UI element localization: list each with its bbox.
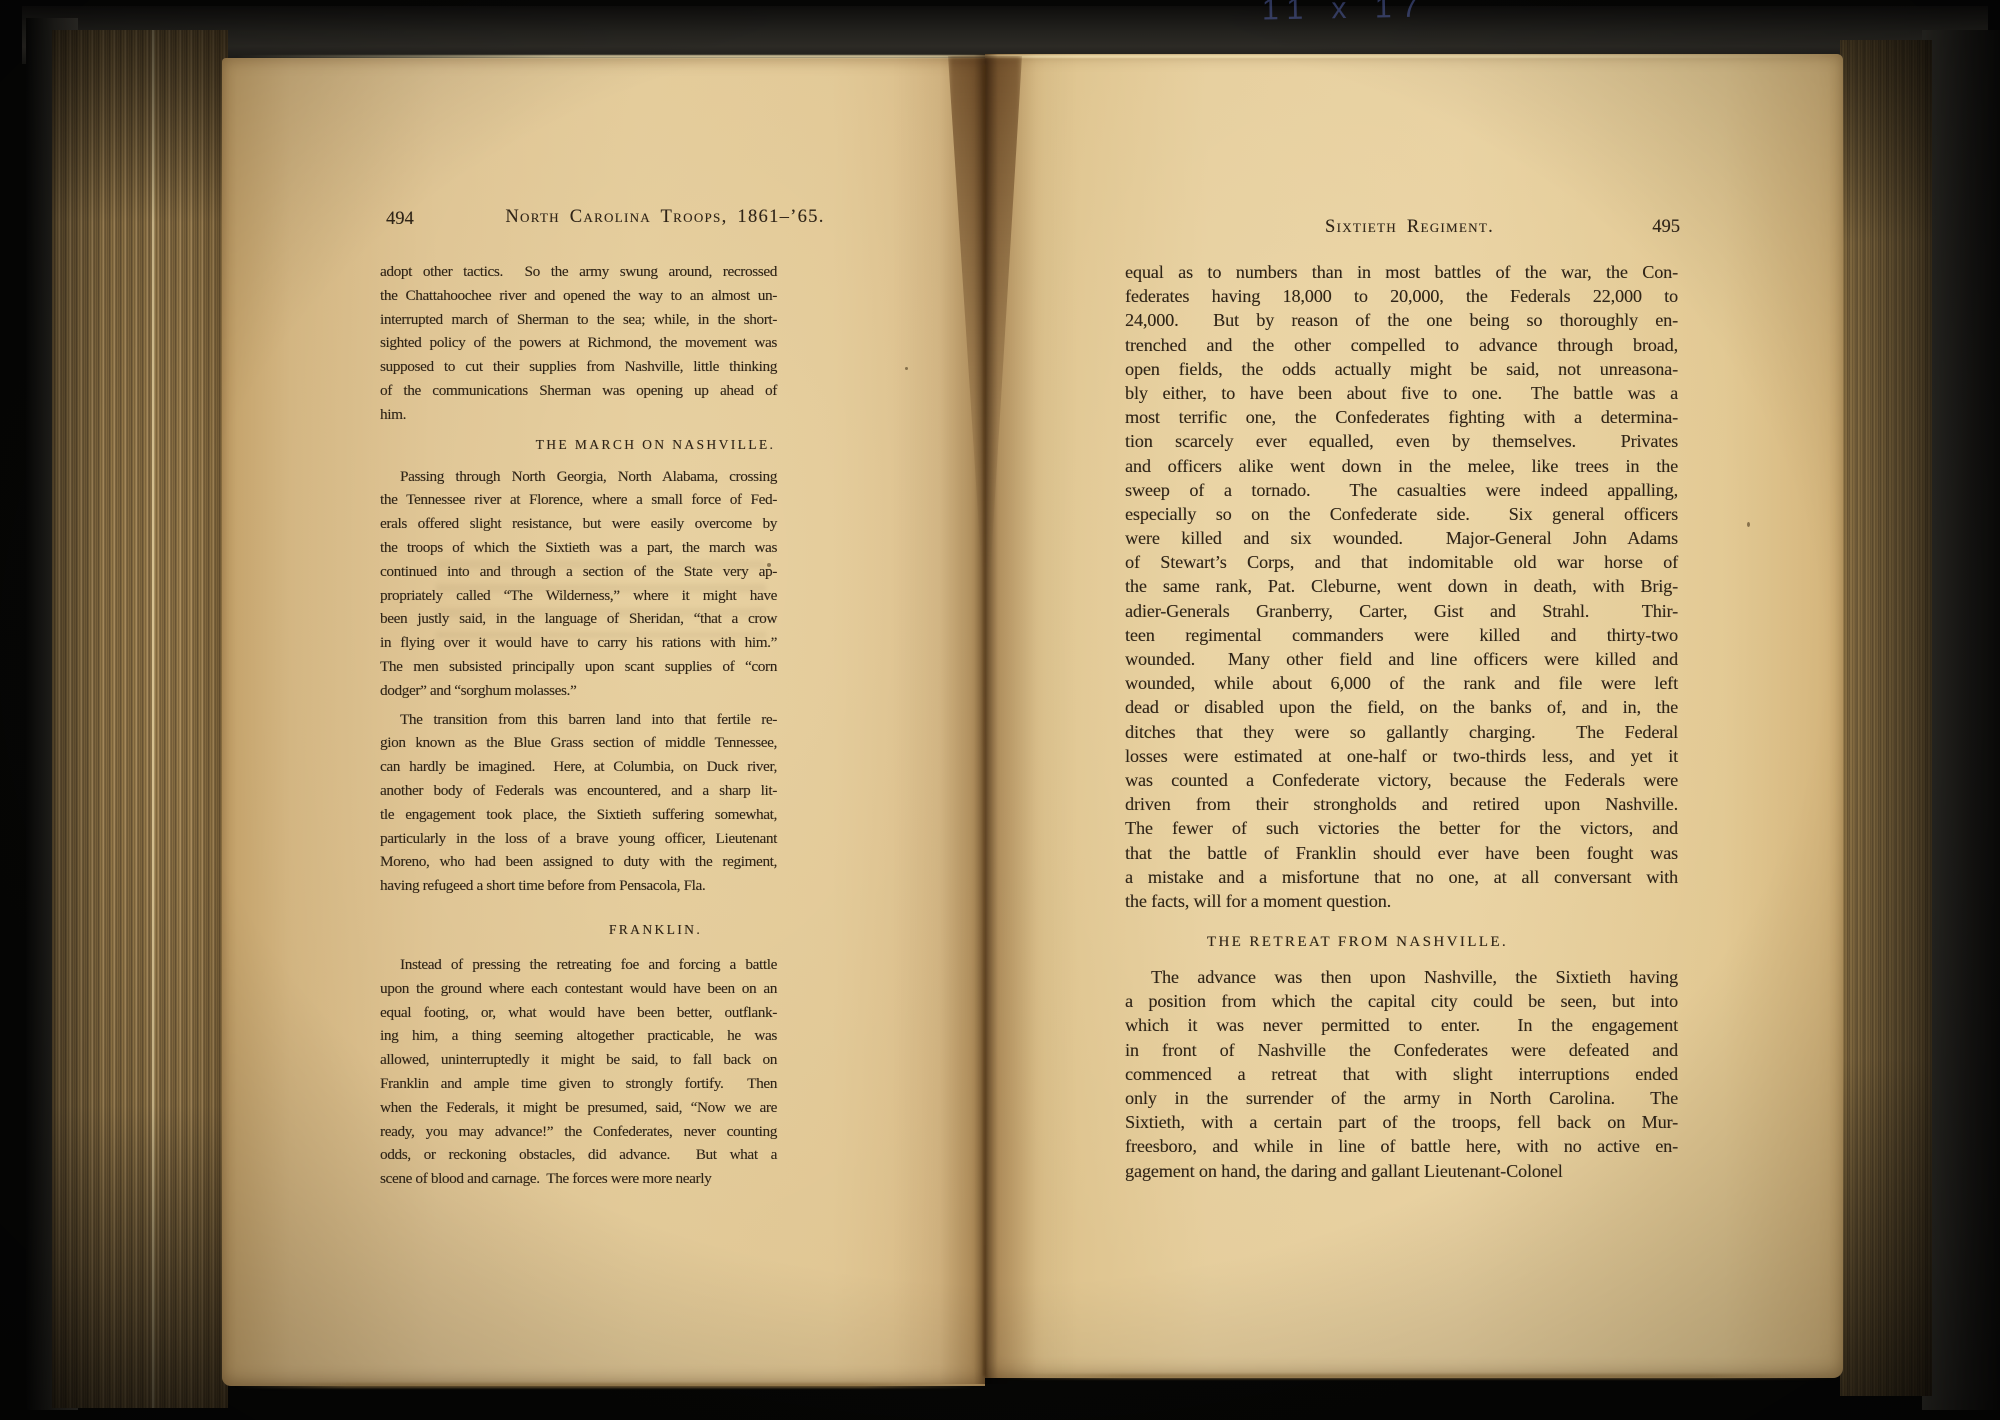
page-number-left: 494 (386, 209, 414, 230)
text-line: been justly said, in the language of She… (380, 607, 777, 631)
text-line: bly either, to have been about five to o… (1125, 381, 1678, 405)
paragraph: adopt other tactics. So the army swung a… (380, 260, 777, 427)
text-line: equal as to numbers than in most battles… (1125, 260, 1678, 284)
paragraph: The advance was then upon Nashville, the… (1125, 965, 1678, 1183)
text-line: sighted policy of the powers at Richmond… (380, 331, 777, 355)
left-page-text: adopt other tactics. So the army swung a… (380, 260, 777, 1191)
page-number-right: 495 (1638, 217, 1680, 238)
text-line: commenced a retreat that with slight int… (1125, 1062, 1678, 1086)
text-line: of the communications Sherman was openin… (380, 379, 777, 403)
paper-speck (905, 367, 908, 370)
text-line: trenched and the other compelled to adva… (1125, 333, 1678, 357)
text-line: can hardly be imagined. Here, at Columbi… (380, 755, 777, 779)
text-line: which it was never permitted to enter. I… (1125, 1013, 1678, 1037)
text-line: the Tennessee river at Florence, where a… (380, 488, 777, 512)
text-line: Sixtieth, with a certain part of the tro… (1125, 1110, 1678, 1134)
text-line: having refugeed a short time before from… (380, 874, 777, 898)
book-cover-right-edge (1922, 30, 2000, 1410)
right-page-bottom-edge (995, 1374, 1835, 1379)
text-line: Instead of pressing the retreating foe a… (380, 953, 777, 977)
page-stack-left (52, 30, 228, 1408)
text-line: adier-Generals Granberry, Carter, Gist a… (1125, 599, 1678, 623)
text-line: equal footing, or, what would have been … (380, 1001, 777, 1025)
text-line: scene of blood and carnage. The forces w… (380, 1167, 777, 1191)
text-line: The advance was then upon Nashville, the… (1125, 965, 1678, 989)
text-line: gagement on hand, the daring and gallant… (1125, 1159, 1678, 1183)
paper-speck (1747, 522, 1750, 527)
text-line: driven from their strongholds and retire… (1125, 792, 1678, 816)
text-line: him. (380, 403, 777, 427)
paragraph: equal as to numbers than in most battles… (1125, 260, 1678, 913)
text-line: Moreno, who had been assigned to duty wi… (380, 850, 777, 874)
text-line: tion scarcely ever equalled, even by the… (1125, 429, 1678, 453)
text-line: dodger” and “sorghum molasses.” (380, 679, 777, 703)
text-line: supposed to cut their supplies from Nash… (380, 355, 777, 379)
text-line: teen regimental commanders were killed a… (1125, 623, 1678, 647)
text-line: erals offered slight resistance, but wer… (380, 512, 777, 536)
section-heading: THE RETREAT FROM NASHVILLE. (1081, 930, 1634, 954)
text-line: allowed, uninterruptedly it might be sai… (380, 1048, 777, 1072)
text-line: the troops of which the Sixtieth was a p… (380, 536, 777, 560)
text-line: Franklin and ample time given to strongl… (380, 1072, 777, 1096)
text-line: the facts, will for a moment question. (1125, 889, 1678, 913)
text-line: federates having 18,000 to 20,000, the F… (1125, 284, 1678, 308)
text-line: adopt other tactics. So the army swung a… (380, 260, 777, 284)
text-line: wounded. Many other field and line offic… (1125, 647, 1678, 671)
text-line: a position from which the capital city c… (1125, 989, 1678, 1013)
text-line: and officers alike went down in the mele… (1125, 454, 1678, 478)
paragraph: The transition from this barren land int… (380, 708, 777, 898)
text-line: especially so on the Confederate side. S… (1125, 502, 1678, 526)
text-line: that the battle of Franklin should ever … (1125, 841, 1678, 865)
text-line: most terrific one, the Confederates figh… (1125, 405, 1678, 429)
gutter-crease-line (983, 64, 986, 1376)
text-line: odds, or reckoning obstacles, did advanc… (380, 1143, 777, 1167)
text-line: a mistake and a misfortune that no one, … (1125, 865, 1678, 889)
text-line: interrupted march of Sherman to the sea;… (380, 308, 777, 332)
text-line: only in the surrender of the army in Nor… (1125, 1086, 1678, 1110)
text-line: the same rank, Pat. Cleburne, went down … (1125, 574, 1678, 598)
text-line: dead or disabled upon the field, on the … (1125, 695, 1678, 719)
text-line: losses were estimated at one-half or two… (1125, 744, 1678, 768)
text-line: gion known as the Blue Grass section of … (380, 731, 777, 755)
text-line: The fewer of such victories the better f… (1125, 816, 1678, 840)
right-page-text: equal as to numbers than in most battles… (1125, 260, 1678, 1183)
text-line: in front of Nashville the Confederates w… (1125, 1038, 1678, 1062)
running-title-left: North Carolina Troops, 1861–’65. (497, 207, 833, 228)
text-line: particularly in the loss of a brave youn… (380, 827, 777, 851)
book-spread-photo: 494 North Carolina Troops, 1861–’65. ado… (0, 0, 2000, 1420)
text-line: open fields, the odds actually might be … (1125, 357, 1678, 381)
text-line: was counted a Confederate victory, becau… (1125, 768, 1678, 792)
text-line: Passing through North Georgia, North Ala… (380, 465, 777, 489)
text-line: another body of Federals was encountered… (380, 779, 777, 803)
text-line: The men subsisted principally upon scant… (380, 655, 777, 679)
text-line: upon the ground where each contestant wo… (380, 977, 777, 1001)
text-line: tle engagement took place, the Sixtieth … (380, 803, 777, 827)
text-line: continued into and through a section of … (380, 560, 777, 584)
left-page-bottom-edge (235, 1383, 975, 1388)
text-line: wounded, while about 6,000 of the rank a… (1125, 671, 1678, 695)
paragraph: Passing through North Georgia, North Ala… (380, 465, 777, 703)
text-line: when the Federals, it might be presumed,… (380, 1096, 777, 1120)
text-line: in flying over it would have to carry hi… (380, 631, 777, 655)
running-title-right: Sixtieth Regiment. (1133, 217, 1686, 238)
text-line: the Chattahoochee river and opened the w… (380, 284, 777, 308)
text-line: were killed and six wounded. Major-Gener… (1125, 526, 1678, 550)
text-line: 24,000. But by reason of the one being s… (1125, 308, 1678, 332)
text-line: freesboro, and while in line of battle h… (1125, 1134, 1678, 1158)
text-line: ing him, a thing seeming altogether prac… (380, 1024, 777, 1048)
text-line: ready, you may advance!” the Confederate… (380, 1120, 777, 1144)
text-line: ditches that they were so gallantly char… (1125, 720, 1678, 744)
text-line: propriately called “The Wilderness,” whe… (380, 584, 777, 608)
faint-blue-marking: 11 x 17 (1262, 0, 1429, 27)
text-line: sweep of a tornado. The casualties were … (1125, 478, 1678, 502)
text-line: The transition from this barren land int… (380, 708, 777, 732)
section-heading: THE MARCH ON NASHVILLE. (457, 433, 854, 457)
text-line: of Stewart’s Corps, and that indomitable… (1125, 550, 1678, 574)
section-heading: FRANKLIN. (457, 918, 854, 942)
page-stack-right (1840, 40, 1932, 1396)
paragraph: Instead of pressing the retreating foe a… (380, 953, 777, 1191)
